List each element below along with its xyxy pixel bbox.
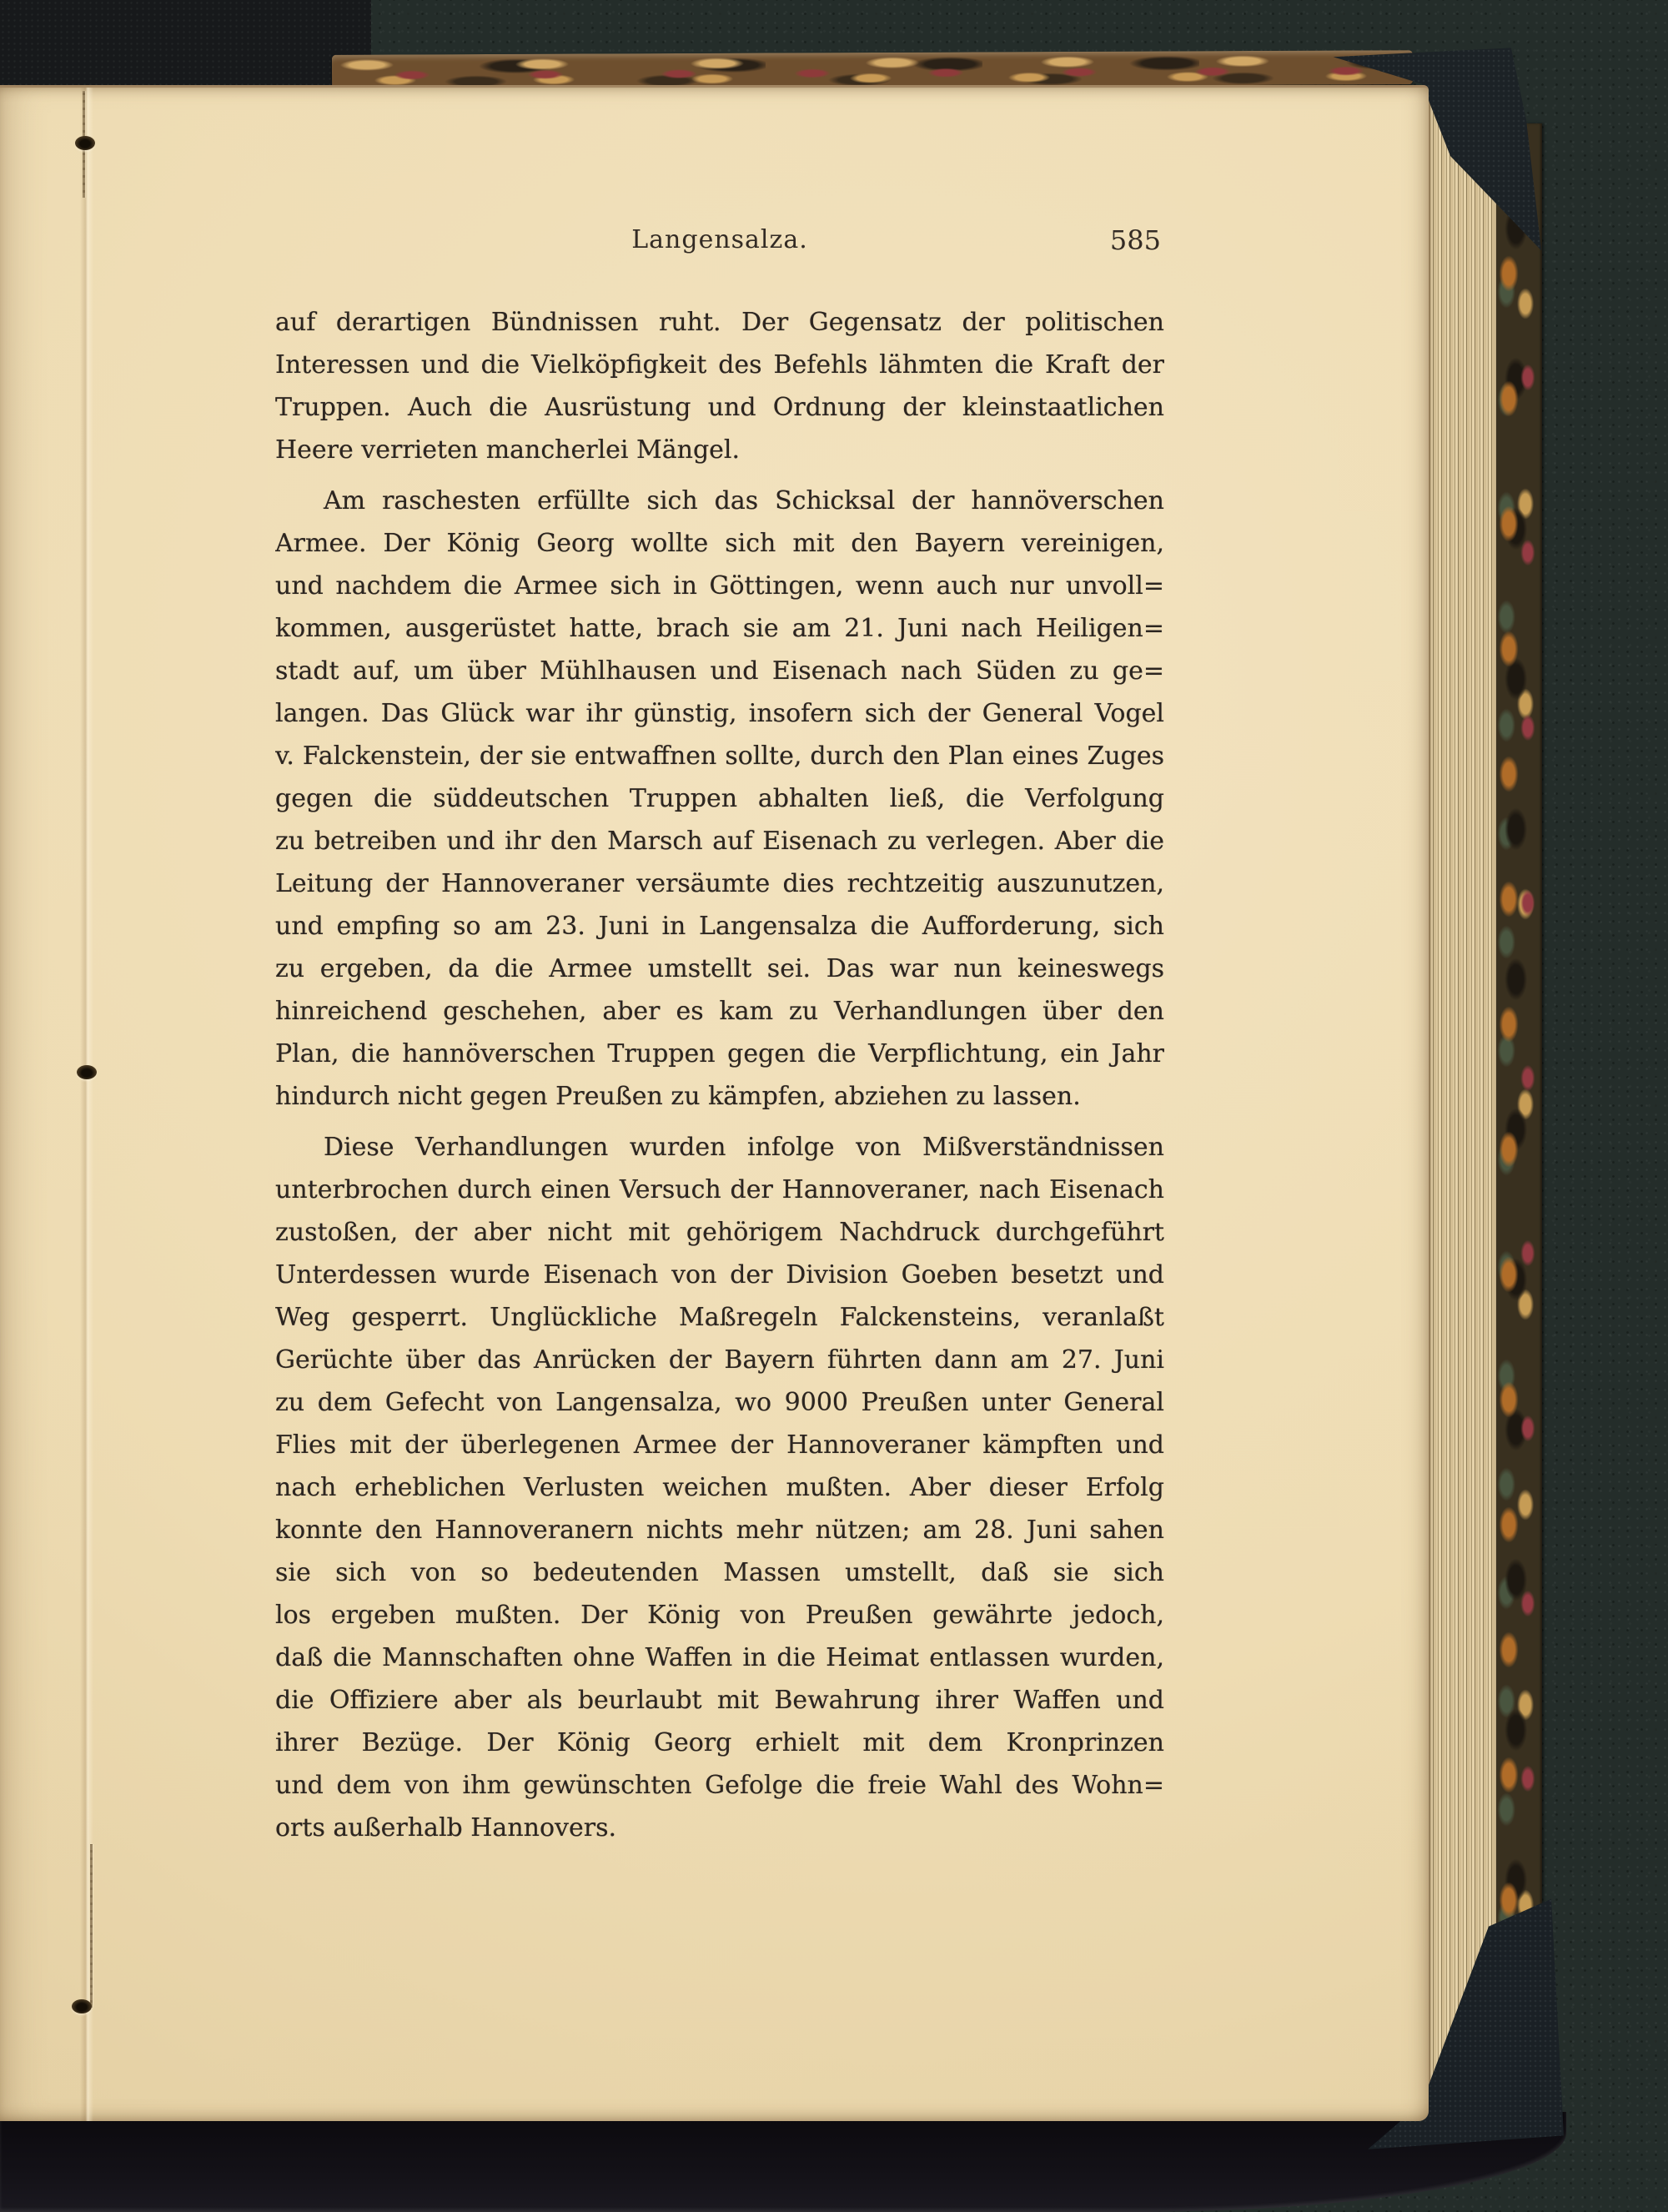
text-line: stadt auf, um über Mühlhausen und Eisena… xyxy=(275,650,1164,692)
text-line: daß die Mannschaften ohne Waffen in die … xyxy=(275,1636,1164,1679)
text-line: los ergeben mußten. Der König von Preuße… xyxy=(275,1594,1164,1636)
page-number: 585 xyxy=(1110,221,1161,259)
text-line: nach erheblichen Verlusten weichen mußte… xyxy=(275,1466,1164,1509)
book-cover-spine-top xyxy=(0,0,371,88)
text-line: sie sich von so bedeutenden Massen umste… xyxy=(275,1551,1164,1594)
text-line: Leitung der Hannoveraner versäumte dies … xyxy=(275,862,1164,905)
text-line: zustoßen, der aber nicht mit gehörigem N… xyxy=(275,1211,1164,1254)
text-line: zu ergeben, da die Armee umstellt sei. D… xyxy=(275,948,1164,990)
text-line: die Offiziere aber als beurlaubt mit Bew… xyxy=(275,1679,1164,1722)
text-line: Heere verrieten mancherlei Mängel. xyxy=(275,429,1164,471)
text-line: hinreichend geschehen, aber es kam zu Ve… xyxy=(275,990,1164,1033)
text-line: Diese Verhandlungen wurden infolge von M… xyxy=(275,1126,1164,1169)
text-block: auf derartigen Bündnissen ruht. Der Gege… xyxy=(275,301,1164,1849)
text-line: orts außerhalb Hannovers. xyxy=(275,1807,1164,1849)
text-line: Interessen und die Vielköpfigkeit des Be… xyxy=(275,344,1164,386)
text-line: hindurch nicht gegen Preußen zu kämpfen,… xyxy=(275,1075,1164,1118)
text-line: konnte den Hannoveranern nichts mehr nüt… xyxy=(275,1509,1164,1551)
sewing-hole xyxy=(72,1999,92,2013)
text-line: Armee. Der König Georg wollte sich mit d… xyxy=(275,522,1164,565)
text-line: v. Falckenstein, der sie entwaffnen soll… xyxy=(275,735,1164,777)
text-line: Truppen. Auch die Ausrüstung und Ordnung… xyxy=(275,386,1164,429)
text-line: kommen, ausgerüstet hatte, brach sie am … xyxy=(275,607,1164,650)
running-head: Langensalza. 585 xyxy=(275,221,1164,259)
text-line: zu betreiben und ihr den Marsch auf Eise… xyxy=(275,820,1164,862)
book-photo: { "document": { "language": "de", "typef… xyxy=(0,0,1668,2212)
sewing-hole xyxy=(77,1065,97,1079)
paragraph: auf derartigen Bündnissen ruht. Der Gege… xyxy=(275,301,1164,471)
gutter-crease xyxy=(80,88,93,2121)
text-line: Flies mit der überlegenen Armee der Hann… xyxy=(275,1424,1164,1466)
text-line: unterbrochen durch einen Versuch der Han… xyxy=(275,1169,1164,1211)
sewing-hole xyxy=(75,136,95,150)
text-line: und empfing so am 23. Juni in Langensalz… xyxy=(275,905,1164,948)
text-line: zu dem Gefecht von Langensalza, wo 9000 … xyxy=(275,1381,1164,1424)
paragraph: Am raschesten erfüllte sich das Schicksa… xyxy=(275,480,1164,1118)
marbled-board-edge-right xyxy=(1495,123,1542,2112)
book-page: Langensalza. 585 auf derartigen Bündniss… xyxy=(0,85,1429,2121)
text-line: Am raschesten erfüllte sich das Schicksa… xyxy=(275,480,1164,522)
text-line: Plan, die hannöverschen Truppen gegen di… xyxy=(275,1033,1164,1075)
text-line: ihrer Bezüge. Der König Georg erhielt mi… xyxy=(275,1722,1164,1764)
text-line: gegen die süddeutschen Truppen abhalten … xyxy=(275,777,1164,820)
text-line: langen. Das Glück war ihr günstig, insof… xyxy=(275,692,1164,735)
text-line: Unterdessen wurde Eisenach von der Divis… xyxy=(275,1254,1164,1296)
text-line: auf derartigen Bündnissen ruht. Der Gege… xyxy=(275,301,1164,344)
text-line: Gerüchte über das Anrücken der Bayern fü… xyxy=(275,1339,1164,1381)
binding-thread-bottom xyxy=(90,1844,93,2008)
running-title: Langensalza. xyxy=(275,221,1164,259)
text-line: und dem von ihm gewünschten Gefolge die … xyxy=(275,1764,1164,1807)
page-fore-edge-stack xyxy=(1428,93,1496,2129)
text-line: und nachdem die Armee sich in Göttingen,… xyxy=(275,565,1164,607)
paragraph: Diese Verhandlungen wurden infolge von M… xyxy=(275,1126,1164,1849)
book-cover-bottom xyxy=(0,2112,1566,2212)
text-line: Weg gesperrt. Unglückliche Maßregeln Fal… xyxy=(275,1296,1164,1339)
marbled-board-edge-top xyxy=(332,50,1413,89)
